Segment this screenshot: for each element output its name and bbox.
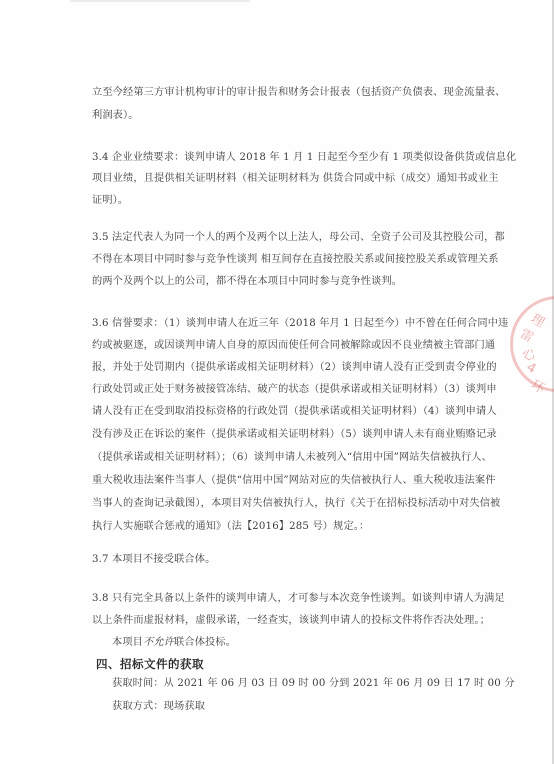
clause-3-8: 3.8 只有完全具备以上条件的谈判申请人，才可参与本次竞争性谈判。如谈判申请人为… [92,592,505,606]
note-italic: 不允许 [143,637,174,648]
text-line: 证明）。 [92,194,128,208]
text-line: 执行人实施联合惩戒的通知》（法【2016】285 号）规定。： [92,520,369,534]
acquisition-time: 获取时间：从 2021 年 06 月 03 日 09 时 00 分到 2021 … [112,677,515,691]
text-line: （提供承诺或相关证明材料）；（6）谈判申请人未被列入“信用中国”网站失信被执行人… [92,451,492,465]
text-line: 以上条件而虚报材料，虚假承诺，一经查实，该谈判申请人的投标文件将作否决处理。； [92,614,490,628]
text-line: 的两个及两个以上的公司，都不得在本项目中同时参与竞争性谈判。 [92,275,402,289]
text-line: 当事人的查询记录截图），本项目对失信被执行人，执行《关于在招标投标活动中对失信被 [92,497,500,511]
note-suffix: 联合体投标。 [174,637,236,648]
text-line: 利润表）。 [92,109,139,123]
clause-3-6: 3.6 信誉要求：（1）谈判申请人在近三年（2018 年月 1 日起至今）中不曾… [92,317,508,331]
text-line: 重大税收违法案件当事人（提供“信用中国”网站对应的失信被执行人、重大税收违法案件 [92,474,496,488]
text-line: 不得在本项目中同时参与竞争性谈判 相互间存在直接控股关系或间接控股关系或管理关系 [92,253,499,267]
clause-3-7: 3.7 本项目不接受联合体。 [92,553,215,567]
section-heading: 四、招标文件的获取 [96,656,204,672]
note-prefix: 本项目 [112,637,143,648]
text-line: 行政处罚或正处于财务被接管冻结、破产的状态（提供承诺或相关证明材料）（3）谈判申 [92,383,497,397]
clause-3-5: 3.5 法定代表人为同一个人的两个及两个以上法人，母公司、全资子公司及其控股公司… [92,231,505,245]
consortium-note: 本项目不允许联合体投标。 [112,636,236,650]
text-line: 请人没有正在受到取消投标资格的行政处罚（提供承诺或相关证明材料）（4）谈判申请人 [92,405,497,419]
scan-artifact [70,0,250,2]
text-line: 立至今经第三方审计机构审计的审计报告和财务会计报表（包括资产负债表、现金流量表、 [92,86,506,100]
acquisition-method: 获取方式：现场获取 [112,700,205,714]
clause-3-4: 3.4 企业业绩要求：谈判申请人 2018 年 1 月 1 日起至今至少有 1 … [92,151,516,165]
text-line: 没有涉及正在诉讼的案件（提供承诺或相关证明材料）（5）谈判申请人未有商业贿赂记录 [92,428,497,442]
text-line: 报，并处于处罚期内（提供承诺或相关证明材料）（2）谈判申请人没有正受到责令停业的 [92,361,497,375]
text-line: 项目业绩，且提供相关证明材料（相关证明材料为 供货合同或中标（成交）通知书或业主 [92,172,499,186]
text-line: 约或被驱逐，或因谈判申请人自身的原因而使任何合同被解除或因不良业绩被主管部门通 [92,339,495,353]
document-page: 立至今经第三方审计机构审计的审计报告和财务会计报表（包括资产负债表、现金流量表、… [0,0,554,764]
